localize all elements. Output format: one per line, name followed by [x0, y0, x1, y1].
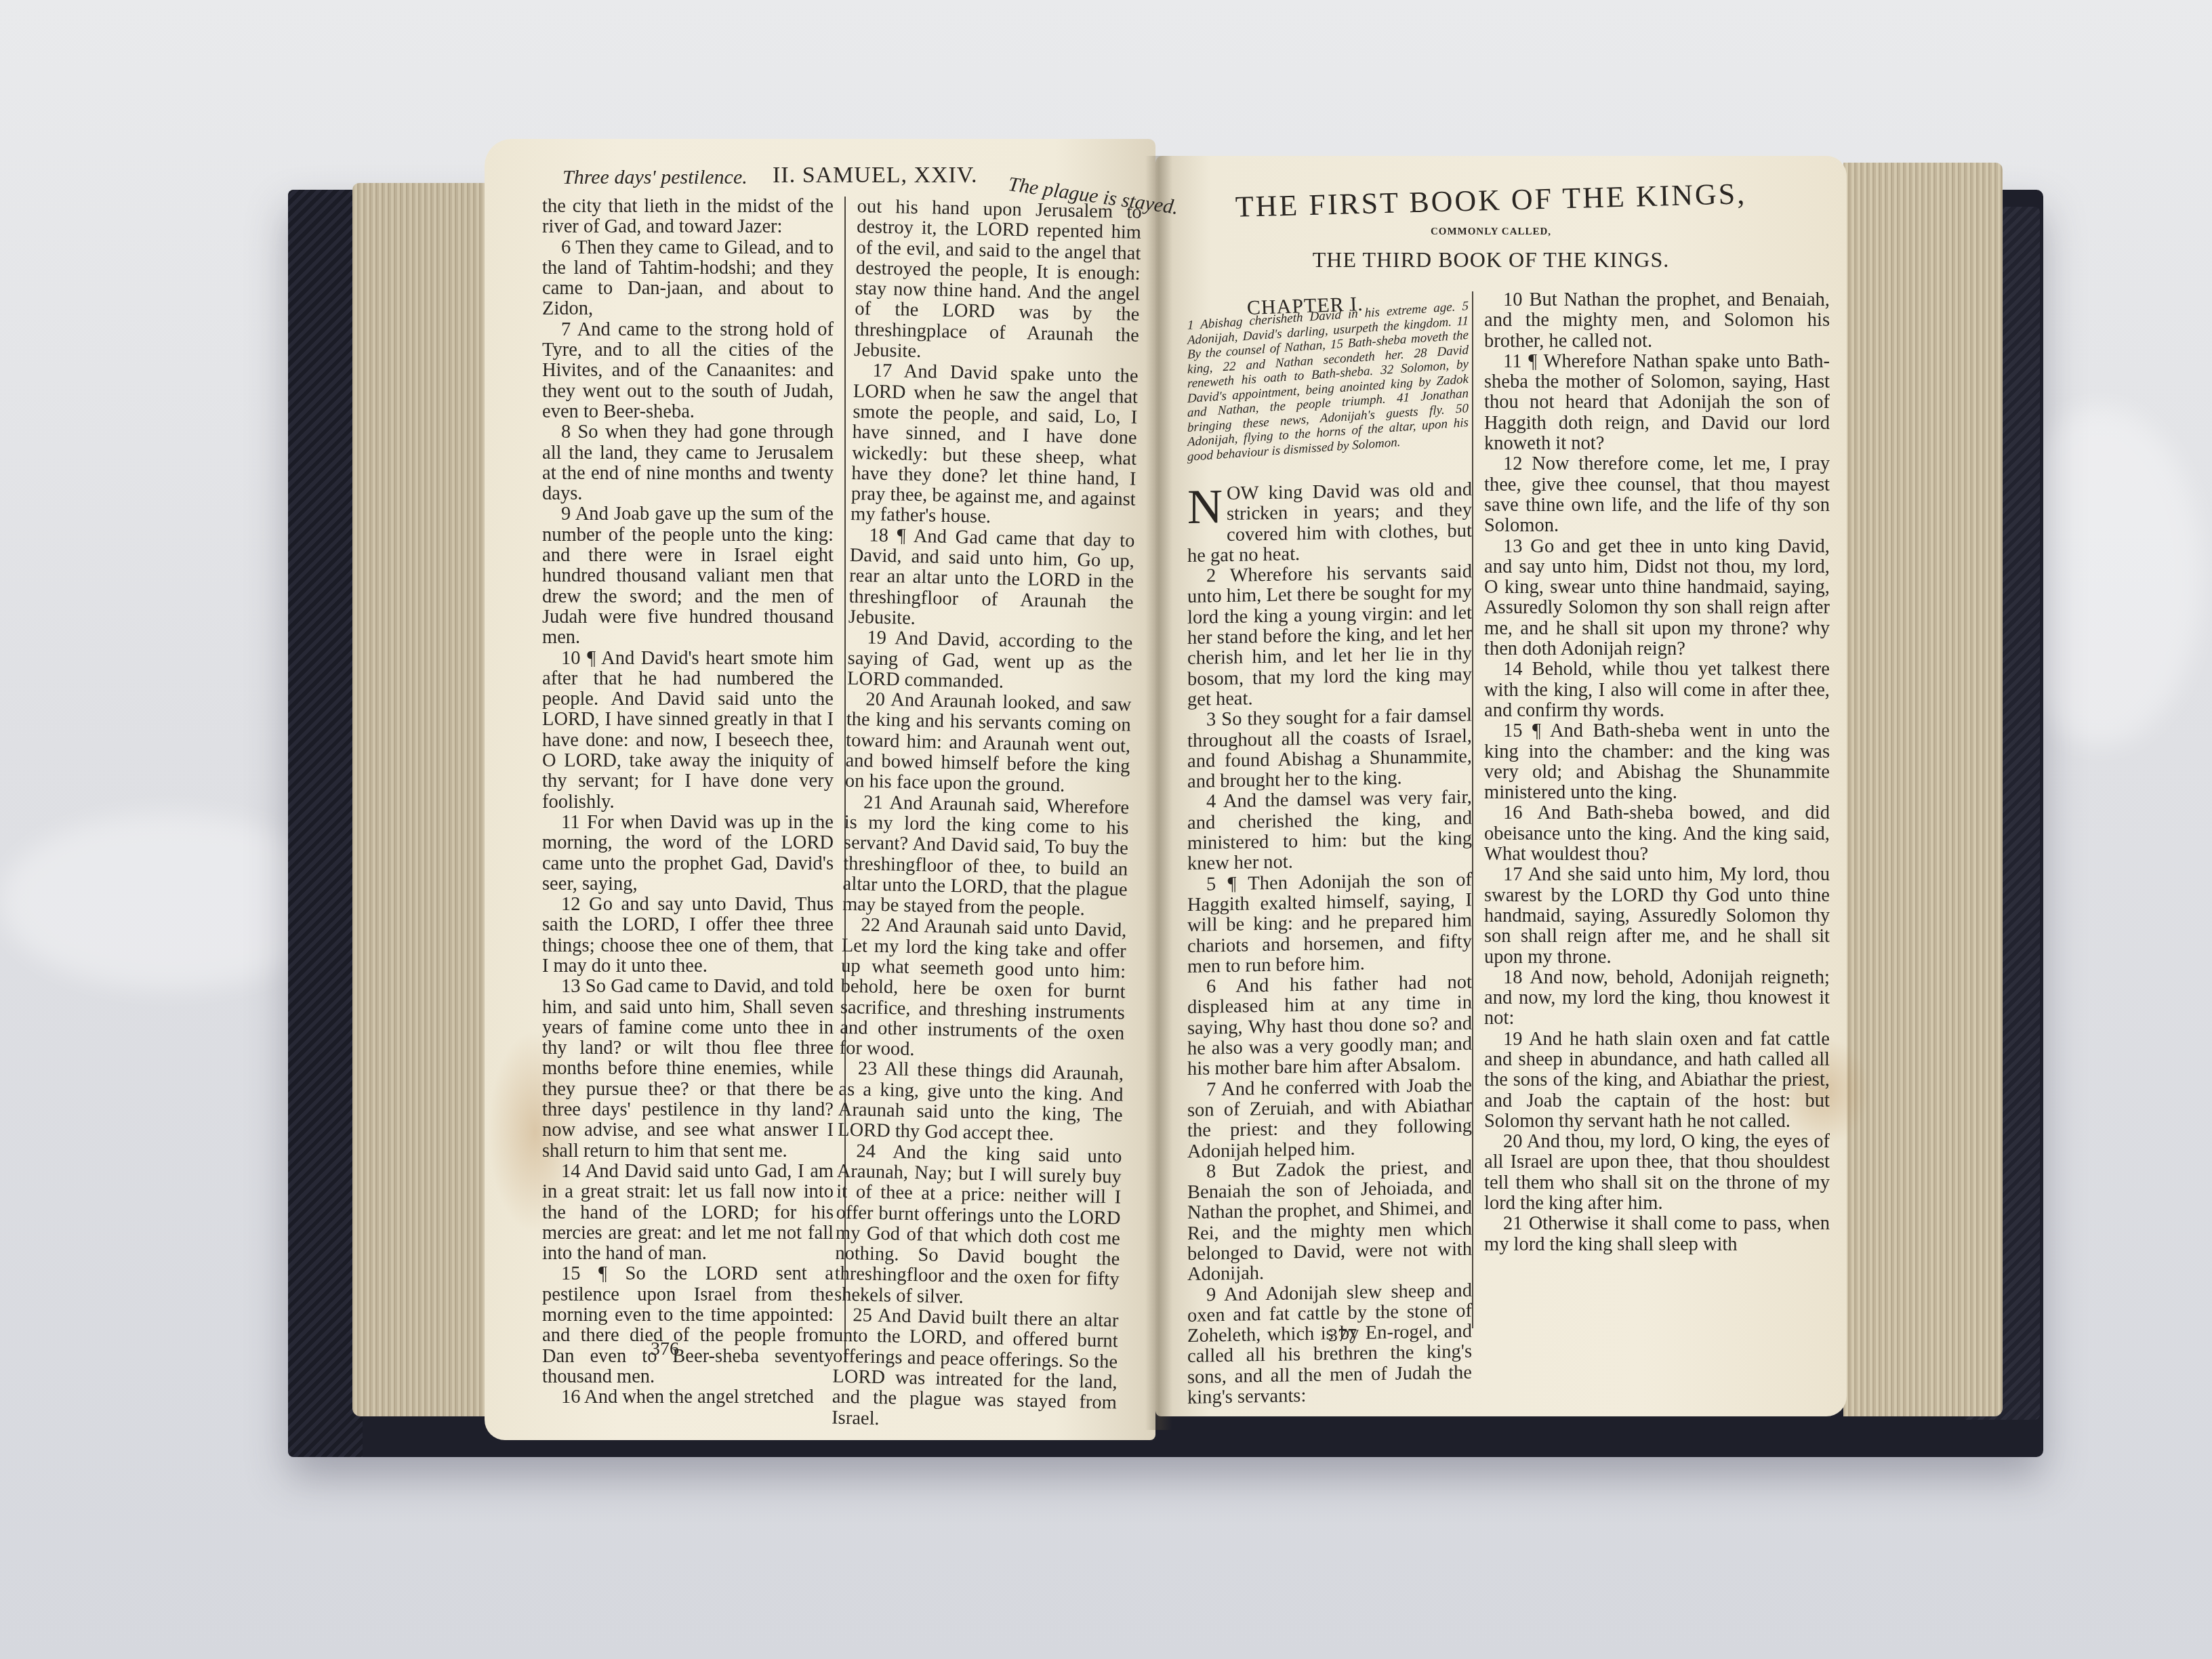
verse: 11 ¶ Wherefore Nathan spake unto Bath-sh… [1484, 352, 1830, 454]
right-page-column-2: 10 But Nathan the prophet, and Benaiah, … [1484, 290, 1830, 1255]
verse: 18 ¶ And Gad came that day to David, and… [848, 525, 1135, 634]
book-alt-title: THE THIRD BOOK OF THE KINGS. [1200, 247, 1782, 272]
verse: 23 All these things did Araunah, as a ki… [838, 1059, 1124, 1147]
right-page-column-1: N OW king David was old and stricken in … [1187, 480, 1472, 1409]
verse: 3 So they sought for a fair damsel throu… [1187, 705, 1472, 793]
verse: 19 And he hath slain oxen and fat cattle… [1484, 1029, 1830, 1132]
left-page-column-1: the city that lieth in the midst of the … [542, 197, 834, 1408]
verse: 10 ¶ And David's heart smote him after t… [542, 649, 834, 813]
verse: 17 And David spake unto the LORD when he… [851, 361, 1139, 531]
verse: 14 Behold, while thou yet talkest there … [1484, 659, 1830, 721]
verse: 9 And Joab gave up the sum of the number… [542, 504, 834, 648]
left-page-column-2: out his hand upon Jerusalem to destroy i… [832, 197, 1142, 1434]
verse: 4 And the damsel was very fair, and cher… [1187, 787, 1472, 875]
verse: 20 And Araunah looked, and saw the king … [845, 689, 1132, 798]
gutter-shadow [1145, 156, 1172, 1430]
verse: 14 And David said unto Gad, I am in a gr… [542, 1162, 834, 1264]
verse: 16 And when the angel stretched [542, 1387, 834, 1408]
verse: out his hand upon Jerusalem to destroy i… [854, 197, 1142, 367]
verse: 13 Go and get thee in unto king David, a… [1484, 537, 1830, 660]
drop-cap: N [1187, 487, 1223, 527]
verse: 8 But Zadok the priest, and Benaiah the … [1187, 1157, 1472, 1285]
verse: 12 Now therefore come, let me, I pray th… [1484, 454, 1830, 536]
verse: 11 For when David was up in the morning,… [542, 813, 834, 895]
verse: 2 Wherefore his servants said unto him, … [1187, 562, 1472, 710]
verse: 5 ¶ Then Adonijah the son of Haggith exa… [1187, 869, 1472, 977]
verse: 16 And Bath-sheba bowed, and did obeisan… [1484, 803, 1830, 865]
verse: 7 And came to the strong hold of Tyre, a… [542, 320, 834, 422]
verse: 12 Go and say unto David, Thus saith the… [542, 895, 834, 977]
verse: 8 So when they had gone through all the … [542, 422, 834, 504]
verse: 6 And his father had not displeased him … [1187, 972, 1472, 1080]
book-subtitle: COMMONLY CALLED, [1200, 226, 1782, 238]
page-number-left: 376 [651, 1338, 679, 1360]
verse: 20 And thou, my lord, O king, the eyes o… [1484, 1132, 1830, 1214]
running-head-left: Three days' pestilence. [562, 166, 747, 189]
verse: OW king David was old and stricken in ye… [1187, 480, 1472, 567]
verse: the city that lieth in the midst of the … [542, 197, 834, 238]
verse: 15 ¶ And Bath-sheba went in unto the kin… [1484, 721, 1830, 803]
verse: 22 And Araunah said unto David, Let my l… [839, 915, 1126, 1065]
verse: 17 And she said unto him, My lord, thou … [1484, 865, 1830, 967]
verse: 7 And he conferred with Joab the son of … [1187, 1075, 1472, 1162]
verse: 19 And David, according to the saying of… [847, 628, 1133, 695]
verse: 24 And the king said unto Araunah, Nay; … [834, 1141, 1122, 1311]
verse: 25 And David built there an altar unto t… [832, 1305, 1119, 1435]
verse: 21 And Araunah said, Wherefore is my lor… [842, 792, 1130, 921]
running-head-book-chapter: II. SAMUEL, XXIV. [773, 163, 978, 188]
column-rule [1472, 291, 1473, 1328]
chapter-summary: 1 Abishag cherisheth David in his extrem… [1187, 299, 1469, 464]
verse: 13 So Gad came to David, and told him, a… [542, 977, 834, 1162]
verse: 21 Otherwise it shall come to pass, when… [1484, 1214, 1830, 1255]
book-cover-left-board [288, 190, 363, 1457]
verse: 6 Then they came to Gilead, and to the l… [542, 238, 834, 320]
verse: 18 And now, behold, Adonijah reigneth; a… [1484, 968, 1830, 1029]
page-block-right [1843, 163, 2003, 1416]
verse: 15 ¶ So the LORD sent a pestilence upon … [542, 1264, 834, 1387]
page-block-left [352, 183, 501, 1416]
verse: 10 But Nathan the prophet, and Benaiah, … [1484, 290, 1830, 352]
page-number-right: 377 [1328, 1325, 1357, 1347]
